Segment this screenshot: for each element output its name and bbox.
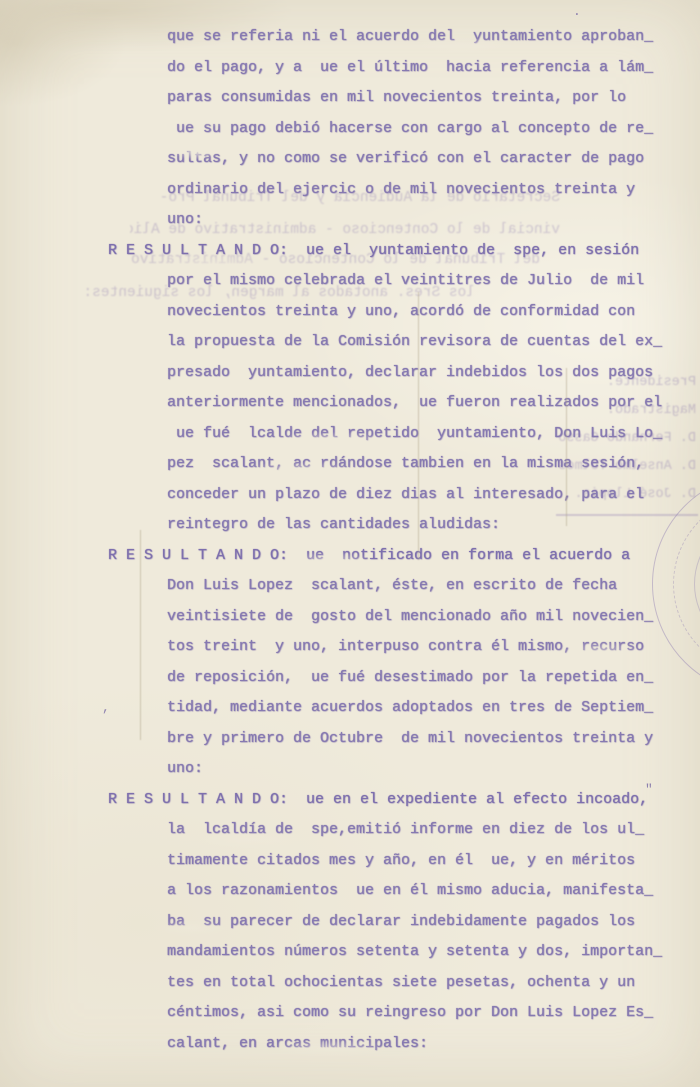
document-line: de reposición, ue fué desestimado por la… (167, 663, 683, 694)
document-line: pez scalant, ac rdándose tambien en la m… (167, 449, 683, 480)
document-line: calant, en arcas municipales: (167, 1029, 683, 1060)
document-line: céntimos, asi como su reingreso por Don … (167, 998, 683, 1029)
document-line: ue fué lcalde del repetido yuntamiento, … (167, 419, 683, 450)
ink-speck: . (573, 4, 581, 19)
document-line: tidad, mediante acuerdos adoptados en tr… (167, 693, 683, 724)
document-line: ba su parecer de declarar indebidamente … (167, 907, 683, 938)
document-line: la lcaldía de spe,emitió informe en diez… (167, 815, 683, 846)
resultando-heading-line: R E S U L T A N D O: ue el yuntamiento d… (108, 236, 683, 267)
document-line: uno: (167, 205, 683, 236)
document-line: presado yuntamiento, declarar indebidos … (167, 358, 683, 389)
document-line: por el mismo celebrada el veintitres de … (167, 266, 683, 297)
document-line: la propuesta de la Comisión revisora de … (167, 327, 683, 358)
fold-crease (140, 530, 141, 740)
document-line: timamente citados mes y año, en él ue, y… (167, 846, 683, 877)
document-line: uno: (167, 754, 683, 785)
ink-speck: " (645, 782, 653, 797)
resultando-heading-line: R E S U L T A N D O: ue notificado en fo… (108, 541, 683, 572)
resultando-heading-line: R E S U L T A N D O: ue en el expediente… (108, 785, 683, 816)
document-line: ue su pago debió hacerse con cargo al co… (167, 114, 683, 145)
document-line: conceder un plazo de diez dias al intere… (167, 480, 683, 511)
document-line: ordinario del ejercic o de mil novecient… (167, 175, 683, 206)
document-line: do el pago, y a ue el último hacia refer… (167, 53, 683, 84)
document-line: que se referia ni el acuerdo del yuntami… (167, 22, 683, 53)
document-line: Don Luis Lopez scalant, éste, en escrito… (167, 571, 683, 602)
document-line: bre y primero de Octubre de mil novecien… (167, 724, 683, 755)
document-line: mandamientos números setenta y setenta y… (167, 937, 683, 968)
document-line: reintegro de las cantidades aludidas: (167, 510, 683, 541)
document-line: veintisiete de gosto del mencionado año … (167, 602, 683, 633)
scanned-document-page: Secretario de la Audiencia y del Tribuna… (0, 0, 700, 1087)
document-line: sultas, y no como se verificó con el car… (167, 144, 683, 175)
document-line: anteriormente mencionados, ue fueron rea… (167, 388, 683, 419)
fold-crease (418, 292, 419, 560)
document-line: a los razonamientos ue en él mismo aduci… (167, 876, 683, 907)
fold-crease (566, 368, 567, 526)
document-line: paras consumidas en mil novecientos trei… (167, 83, 683, 114)
document-line: tes en total ochocientas siete pesetas, … (167, 968, 683, 999)
document-line: novecientos treinta y uno, acordó de con… (167, 297, 683, 328)
document-line: tos treint y uno, interpuso contra él mi… (167, 632, 683, 663)
ink-speck: , (102, 700, 110, 715)
typewritten-text-block: que se referia ni el acuerdo del yuntami… (108, 22, 683, 1059)
